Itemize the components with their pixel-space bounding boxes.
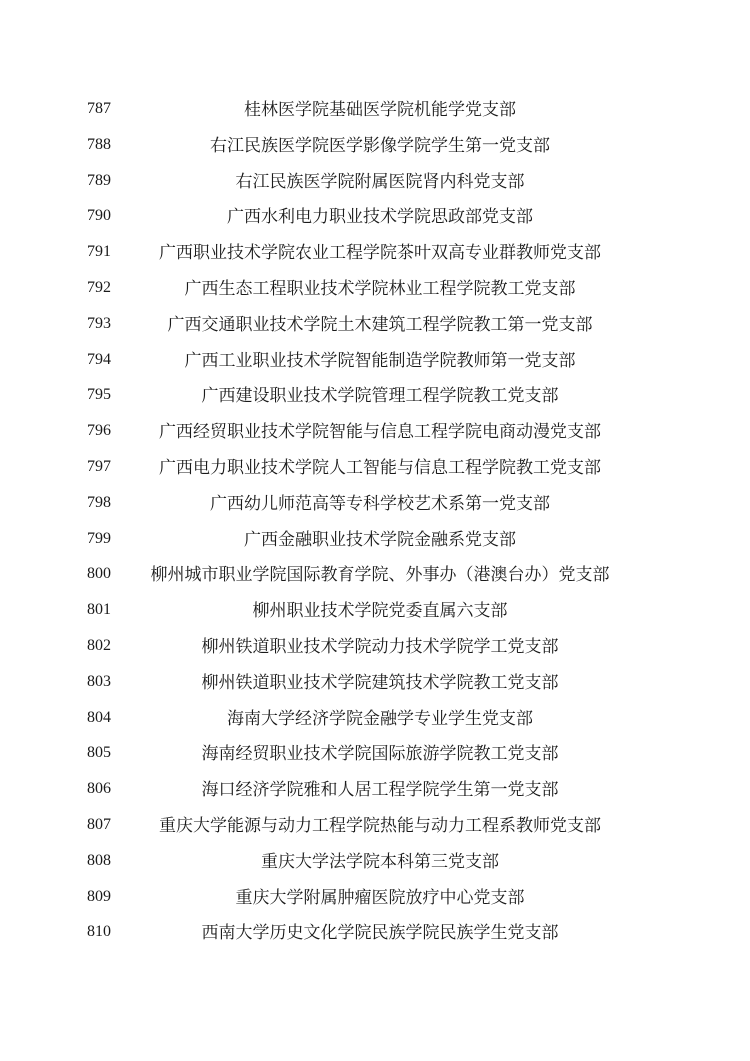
document-page: 787桂林医学院基础医学院机能学党支部 788右江民族医学院医学影像学院学生第一…: [0, 0, 750, 1061]
list-item: 787桂林医学院基础医学院机能学党支部: [0, 93, 750, 129]
list-item: 796广西经贸职业技术学院智能与信息工程学院电商动漫党支部: [0, 415, 750, 451]
item-number: 806: [87, 779, 111, 799]
branch-name: 海南经贸职业技术学院国际旅游学院教工党支部: [150, 743, 610, 765]
item-number: 804: [87, 708, 111, 728]
item-number: 802: [87, 636, 111, 656]
branch-name: 重庆大学附属肿瘤医院放疗中心党支部: [150, 887, 610, 909]
branch-name: 广西经贸职业技术学院智能与信息工程学院电商动漫党支部: [150, 421, 610, 443]
list-item: 810西南大学历史文化学院民族学院民族学生党支部: [0, 916, 750, 952]
list-item: 807重庆大学能源与动力工程学院热能与动力工程系教师党支部: [0, 809, 750, 845]
list-item: 804海南大学经济学院金融学专业学生党支部: [0, 702, 750, 738]
item-number: 805: [87, 743, 111, 763]
branch-name: 右江民族医学院附属医院肾内科党支部: [150, 171, 610, 193]
item-number: 808: [87, 851, 111, 871]
list-item: 799广西金融职业技术学院金融系党支部: [0, 523, 750, 559]
item-number: 797: [87, 457, 111, 477]
branch-name: 广西水利电力职业技术学院思政部党支部: [150, 206, 610, 228]
branch-name: 柳州铁道职业技术学院建筑技术学院教工党支部: [150, 672, 610, 694]
branch-name: 广西工业职业技术学院智能制造学院教师第一党支部: [150, 350, 610, 372]
branch-name: 海南大学经济学院金融学专业学生党支部: [150, 708, 610, 730]
branch-name: 柳州职业技术学院党委直属六支部: [150, 600, 610, 622]
list-item: 801柳州职业技术学院党委直属六支部: [0, 594, 750, 630]
item-number: 803: [87, 672, 111, 692]
branch-name: 广西生态工程职业技术学院林业工程学院教工党支部: [150, 278, 610, 300]
list-item: 793广西交通职业技术学院土木建筑工程学院教工第一党支部: [0, 308, 750, 344]
item-number: 793: [87, 314, 111, 334]
item-number: 791: [87, 242, 111, 262]
item-number: 790: [87, 206, 111, 226]
item-number: 810: [87, 922, 111, 942]
list-item: 805海南经贸职业技术学院国际旅游学院教工党支部: [0, 737, 750, 773]
branch-name: 广西金融职业技术学院金融系党支部: [150, 529, 610, 551]
item-number: 788: [87, 135, 111, 155]
list-item: 792广西生态工程职业技术学院林业工程学院教工党支部: [0, 272, 750, 308]
branch-name: 桂林医学院基础医学院机能学党支部: [150, 99, 610, 121]
item-number: 794: [87, 350, 111, 370]
item-number: 801: [87, 600, 111, 620]
list-item: 800柳州城市职业学院国际教育学院、外事办（港澳台办）党支部: [0, 558, 750, 594]
item-number: 798: [87, 493, 111, 513]
list-item: 809重庆大学附属肿瘤医院放疗中心党支部: [0, 881, 750, 917]
list-item: 788右江民族医学院医学影像学院学生第一党支部: [0, 129, 750, 165]
item-number: 796: [87, 421, 111, 441]
list-item: 795广西建设职业技术学院管理工程学院教工党支部: [0, 379, 750, 415]
branch-name: 重庆大学能源与动力工程学院热能与动力工程系教师党支部: [150, 815, 610, 837]
item-number: 789: [87, 171, 111, 191]
branch-name: 柳州城市职业学院国际教育学院、外事办（港澳台办）党支部: [150, 564, 610, 586]
branch-name: 海口经济学院雅和人居工程学院学生第一党支部: [150, 779, 610, 801]
branch-name: 广西交通职业技术学院土木建筑工程学院教工第一党支部: [150, 314, 610, 336]
list-item: 806海口经济学院雅和人居工程学院学生第一党支部: [0, 773, 750, 809]
branch-name: 西南大学历史文化学院民族学院民族学生党支部: [150, 922, 610, 944]
list-item: 791广西职业技术学院农业工程学院茶叶双高专业群教师党支部: [0, 236, 750, 272]
branch-name: 右江民族医学院医学影像学院学生第一党支部: [150, 135, 610, 157]
list-item: 798广西幼儿师范高等专科学校艺术系第一党支部: [0, 487, 750, 523]
list-item: 790广西水利电力职业技术学院思政部党支部: [0, 200, 750, 236]
branch-name: 广西职业技术学院农业工程学院茶叶双高专业群教师党支部: [150, 242, 610, 264]
list-item: 808重庆大学法学院本科第三党支部: [0, 845, 750, 881]
party-branch-list: 787桂林医学院基础医学院机能学党支部 788右江民族医学院医学影像学院学生第一…: [0, 93, 750, 952]
item-number: 800: [87, 564, 111, 584]
list-item: 789右江民族医学院附属医院肾内科党支部: [0, 165, 750, 201]
branch-name: 广西幼儿师范高等专科学校艺术系第一党支部: [150, 493, 610, 515]
list-item: 803柳州铁道职业技术学院建筑技术学院教工党支部: [0, 666, 750, 702]
list-item: 802柳州铁道职业技术学院动力技术学院学工党支部: [0, 630, 750, 666]
list-item: 797广西电力职业技术学院人工智能与信息工程学院教工党支部: [0, 451, 750, 487]
branch-name: 柳州铁道职业技术学院动力技术学院学工党支部: [150, 636, 610, 658]
branch-name: 重庆大学法学院本科第三党支部: [150, 851, 610, 873]
item-number: 787: [87, 99, 111, 119]
item-number: 799: [87, 529, 111, 549]
item-number: 807: [87, 815, 111, 835]
item-number: 809: [87, 887, 111, 907]
item-number: 792: [87, 278, 111, 298]
item-number: 795: [87, 385, 111, 405]
list-item: 794广西工业职业技术学院智能制造学院教师第一党支部: [0, 344, 750, 380]
branch-name: 广西建设职业技术学院管理工程学院教工党支部: [150, 385, 610, 407]
branch-name: 广西电力职业技术学院人工智能与信息工程学院教工党支部: [150, 457, 610, 479]
